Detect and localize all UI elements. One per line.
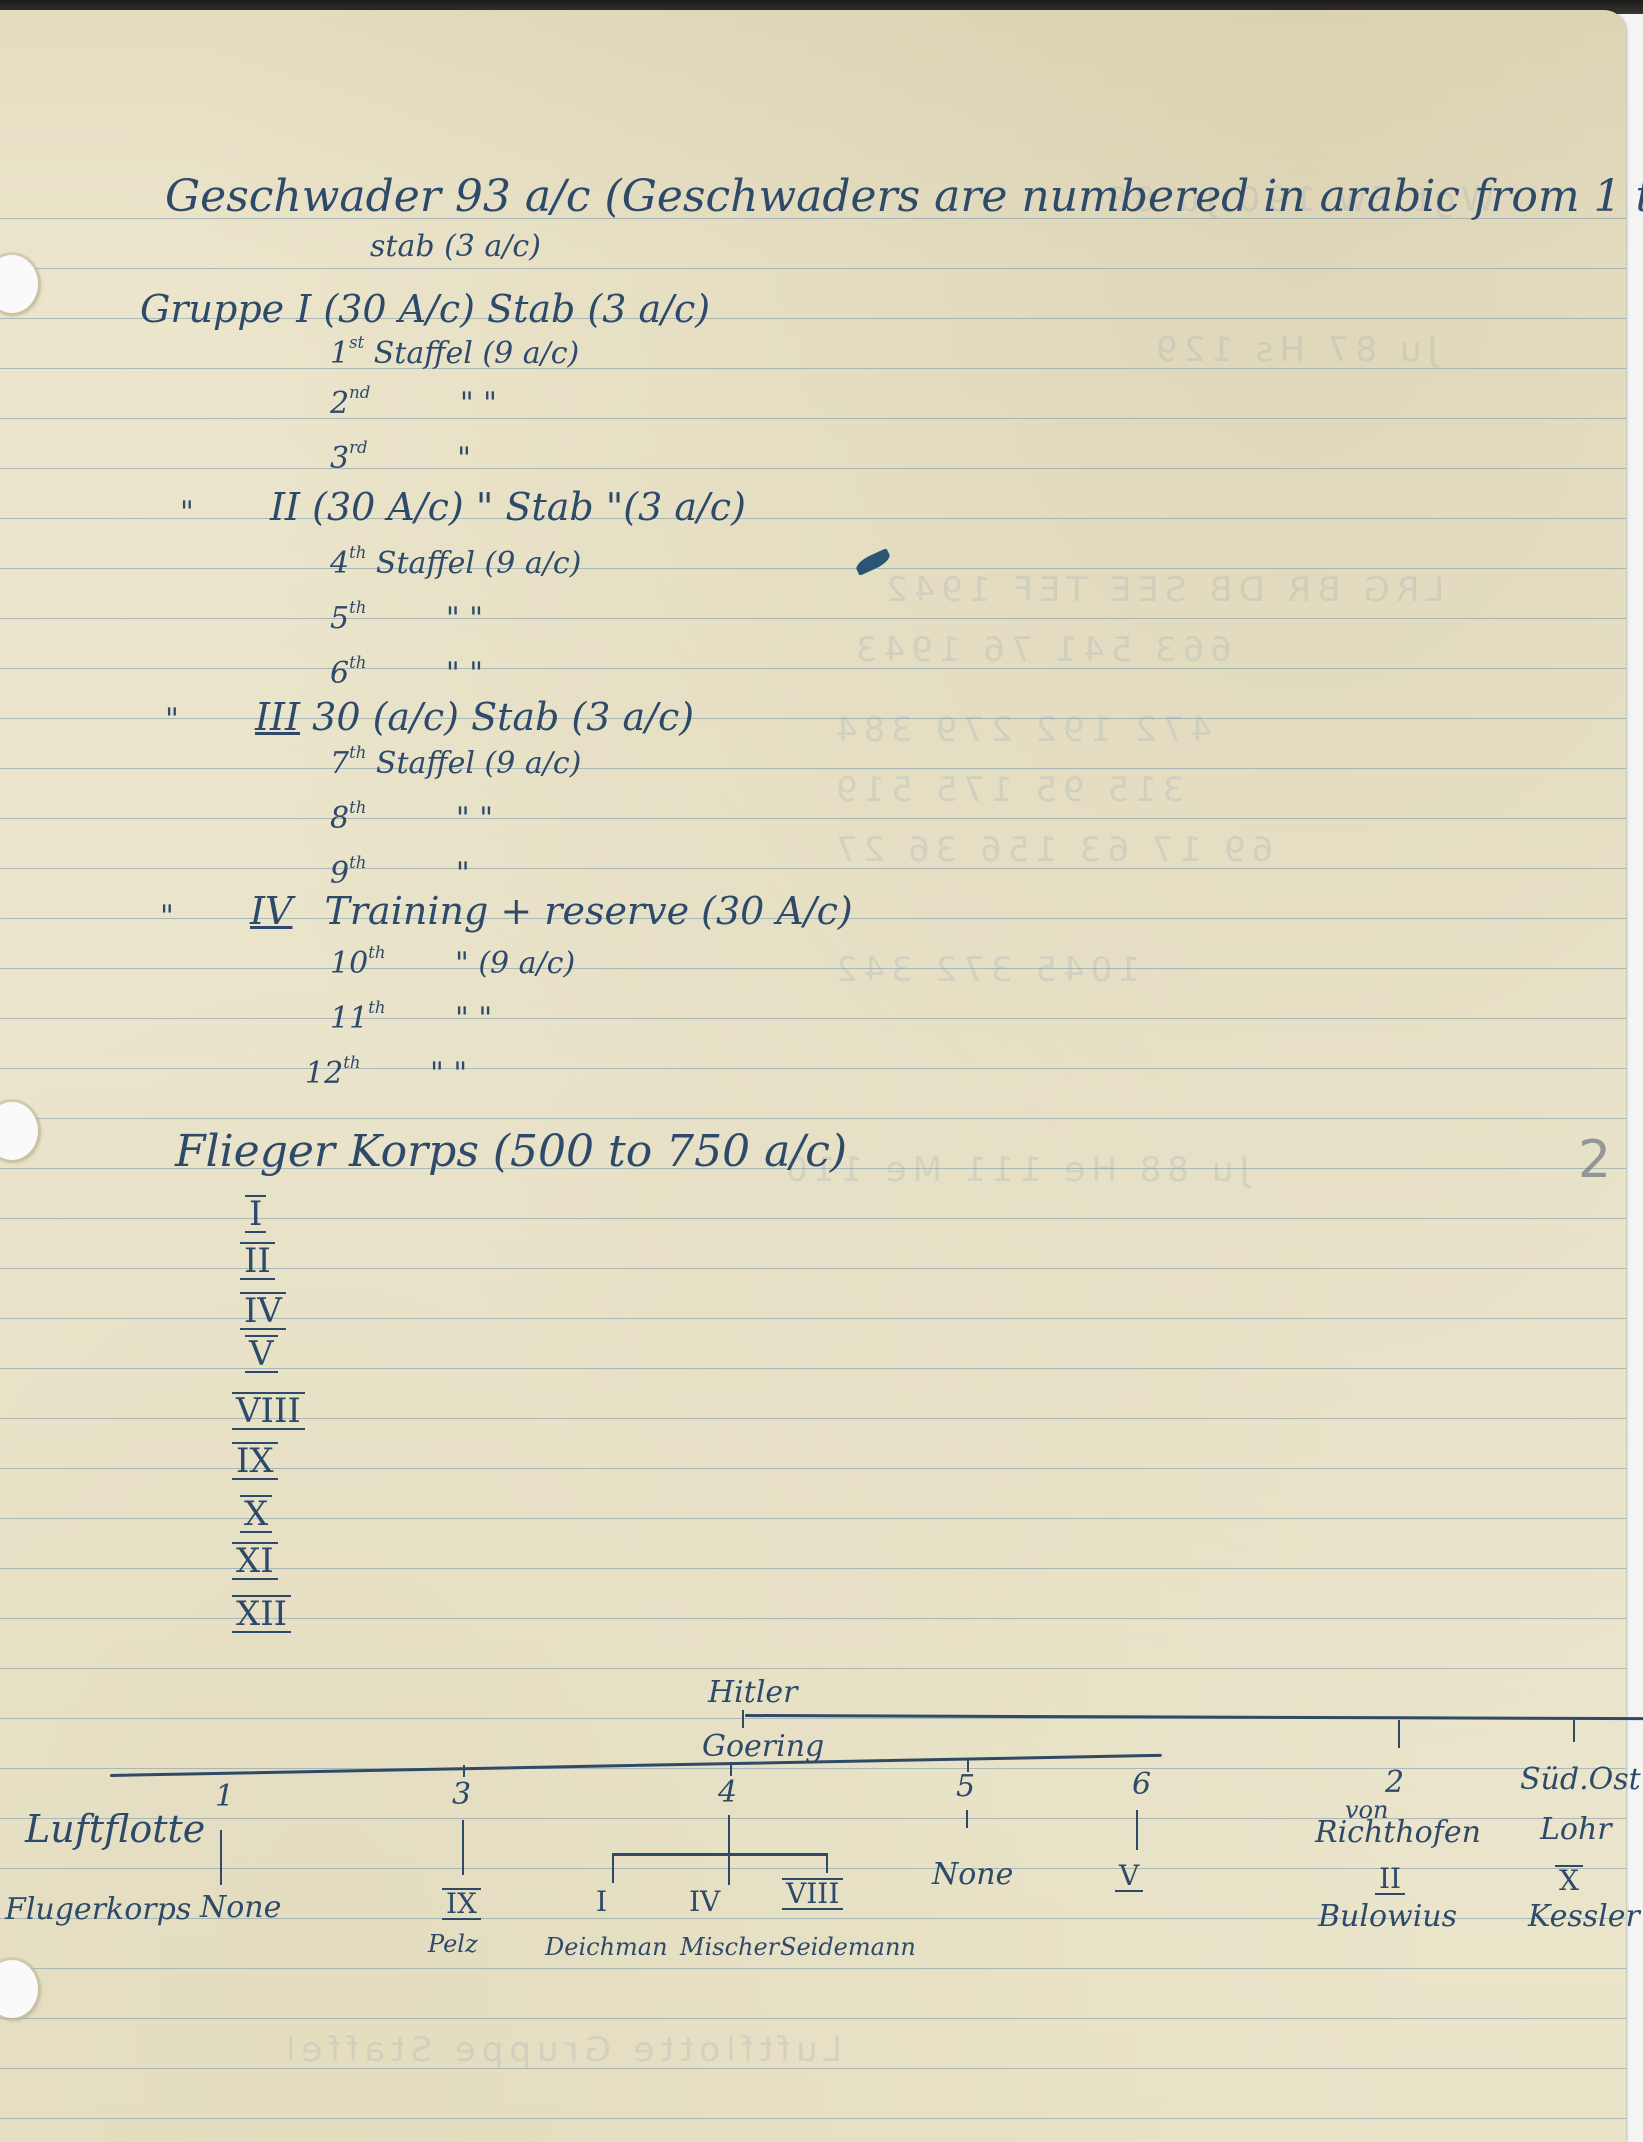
korps-numeral: XI	[232, 1542, 278, 1580]
korps-numeral: XII	[232, 1595, 291, 1633]
show-through-texture: Luftflotte Gruppe Staffel	[280, 2030, 842, 2070]
chart-connector	[742, 1710, 744, 1728]
ruled-line	[0, 668, 1626, 669]
fliegerkorps-label: Flugerkorps	[5, 1895, 191, 1925]
gruppe-label: Gruppe I (30 A/c) Stab (3 a/c)	[140, 290, 710, 328]
chart-line-upper	[745, 1714, 1643, 1720]
ruled-line	[0, 2118, 1626, 2119]
korps-entry: IV	[685, 1888, 724, 1916]
korps-entry: I	[592, 1888, 611, 1916]
ruled-line	[0, 1018, 1626, 1019]
chart-connector	[220, 1830, 222, 1885]
punch-hole	[0, 1102, 38, 1160]
chart-connector	[966, 1810, 968, 1828]
staffel-line: 1st Staffel (9 a/c)	[330, 335, 579, 369]
gruppe-label: III 30 (a/c) Stab (3 a/c)	[255, 698, 694, 736]
korps-numeral: V	[245, 1335, 278, 1373]
chart-connector	[826, 1853, 828, 1873]
ditto-mark: "	[165, 705, 179, 735]
korps-entry: V	[1115, 1862, 1143, 1892]
korps-numeral: X	[240, 1495, 272, 1533]
fliegerkorps-heading: Flieger Korps (500 to 750 a/c)	[175, 1130, 847, 1174]
chart-connector	[1573, 1720, 1575, 1742]
ruled-line	[0, 1768, 1626, 1769]
luftflotte-number: 2	[1385, 1768, 1404, 1798]
staffel-line: 2nd " "	[330, 385, 497, 419]
chart-connector	[612, 1853, 614, 1883]
staffel-line: 12th " "	[305, 1055, 467, 1089]
show-through-texture: 472 192 279 384	[830, 710, 1212, 750]
korps-commander: Deichman	[545, 1935, 668, 1959]
luftflotte-number: 3	[452, 1780, 471, 1810]
staffel-line: 11th " "	[330, 1000, 492, 1034]
staffel-line: 8th " "	[330, 800, 493, 834]
page-number-mark: 2	[1578, 1130, 1611, 1190]
show-through-texture: 315 95 175 519	[830, 770, 1184, 810]
ruled-line	[0, 1118, 1626, 1119]
ruled-line	[0, 2018, 1626, 2019]
korps-entry: None	[932, 1860, 1013, 1890]
chart-connector	[463, 1765, 465, 1777]
korps-commander: Mischer	[680, 1935, 779, 1959]
show-through-texture: Ju 87 Hs 129	[1150, 330, 1437, 370]
ruled-line	[0, 768, 1626, 769]
punch-hole	[0, 255, 38, 313]
ruled-line	[0, 618, 1626, 619]
korps-commander: Kessler	[1528, 1902, 1640, 1932]
chart-connector	[728, 1815, 730, 1885]
luftflotte-label: Luftflotte	[25, 1810, 205, 1848]
ruled-line	[0, 1068, 1626, 1069]
chart-branch	[612, 1853, 828, 1856]
ruled-line	[0, 1368, 1626, 1369]
ruled-line	[0, 1668, 1626, 1669]
chart-node-goering: Goering	[702, 1732, 824, 1762]
korps-numeral: I	[245, 1195, 266, 1233]
show-through-texture: LRG BR DB SEE TEF 1942	[880, 570, 1444, 610]
korps-commander: Pelz	[428, 1932, 478, 1956]
ruled-line	[0, 268, 1626, 269]
korps-numeral: VIII	[232, 1392, 305, 1430]
show-through-texture: 663 541 76 1943	[850, 630, 1232, 670]
gruppe-label: II (30 A/c) " Stab "(3 a/c)	[270, 488, 746, 526]
ruled-line	[0, 868, 1626, 869]
ruled-line	[0, 1968, 1626, 1969]
luftflotte-number: 5	[956, 1772, 975, 1802]
ruled-line	[0, 718, 1626, 719]
ruled-line	[0, 468, 1626, 469]
geschwader-stab: stab (3 a/c)	[370, 232, 541, 262]
ditto-mark: "	[180, 498, 194, 528]
staffel-line: 10th " (9 a/c)	[330, 945, 575, 979]
ruled-line	[0, 518, 1626, 519]
staffel-line: 5th " "	[330, 600, 483, 634]
show-through-texture: 69 17 63 156 36 27	[830, 830, 1273, 870]
korps-numeral: II	[240, 1242, 275, 1280]
ruled-line	[0, 568, 1626, 569]
luftflotte-number: Süd.Ost	[1520, 1765, 1641, 1795]
show-through-texture: Ju 88 He 111 Me 110	[780, 1150, 1249, 1190]
luftflotte-number: 6	[1132, 1770, 1151, 1800]
korps-commander: Bulowius	[1318, 1902, 1457, 1932]
luftflotte-commander: Lohr	[1540, 1815, 1612, 1845]
show-through-texture: 1045 372 342	[830, 950, 1140, 990]
chart-node-hitler: Hitler	[708, 1678, 798, 1708]
chart-connector	[1136, 1810, 1138, 1850]
korps-numeral: IX	[232, 1442, 278, 1480]
ruled-line	[0, 968, 1626, 969]
chart-connector	[462, 1820, 464, 1875]
ditto-mark: "	[160, 902, 174, 932]
staffel-line: 4th Staffel (9 a/c)	[330, 545, 581, 579]
korps-entry: VIII	[782, 1878, 843, 1910]
geschwader-line: Geschwader 93 a/c (Geschwaders are numbe…	[165, 175, 1643, 219]
ruled-line	[0, 418, 1626, 419]
korps-numeral: IV	[240, 1292, 286, 1330]
chart-connector	[1398, 1720, 1400, 1748]
luftflotte-number: 1	[215, 1782, 234, 1812]
luftflotte-number: 4	[718, 1778, 737, 1808]
staffel-line: 7th Staffel (9 a/c)	[330, 745, 581, 779]
korps-commander: Seidemann	[780, 1935, 916, 1959]
luftflotte-commander: Richthofen	[1315, 1818, 1481, 1848]
korps-entry: IX	[442, 1888, 481, 1920]
korps-entry: None	[200, 1893, 281, 1923]
ruled-line	[0, 1218, 1626, 1219]
korps-entry: II	[1375, 1865, 1405, 1895]
notebook-page: Wgt Fw 190 Ju 88 Ju 87 Hs 129 LRG BR DB …	[0, 10, 1626, 2142]
staffel-line: 9th "	[330, 855, 470, 889]
staffel-line: 6th " "	[330, 655, 483, 689]
chart-line-lower	[110, 1754, 1162, 1777]
chart-connector	[730, 1762, 732, 1776]
korps-entry: X	[1555, 1865, 1583, 1895]
ruled-line	[0, 818, 1626, 819]
staffel-line: 3rd "	[330, 440, 471, 474]
gruppe-label: IV Training + reserve (30 A/c)	[250, 892, 853, 930]
